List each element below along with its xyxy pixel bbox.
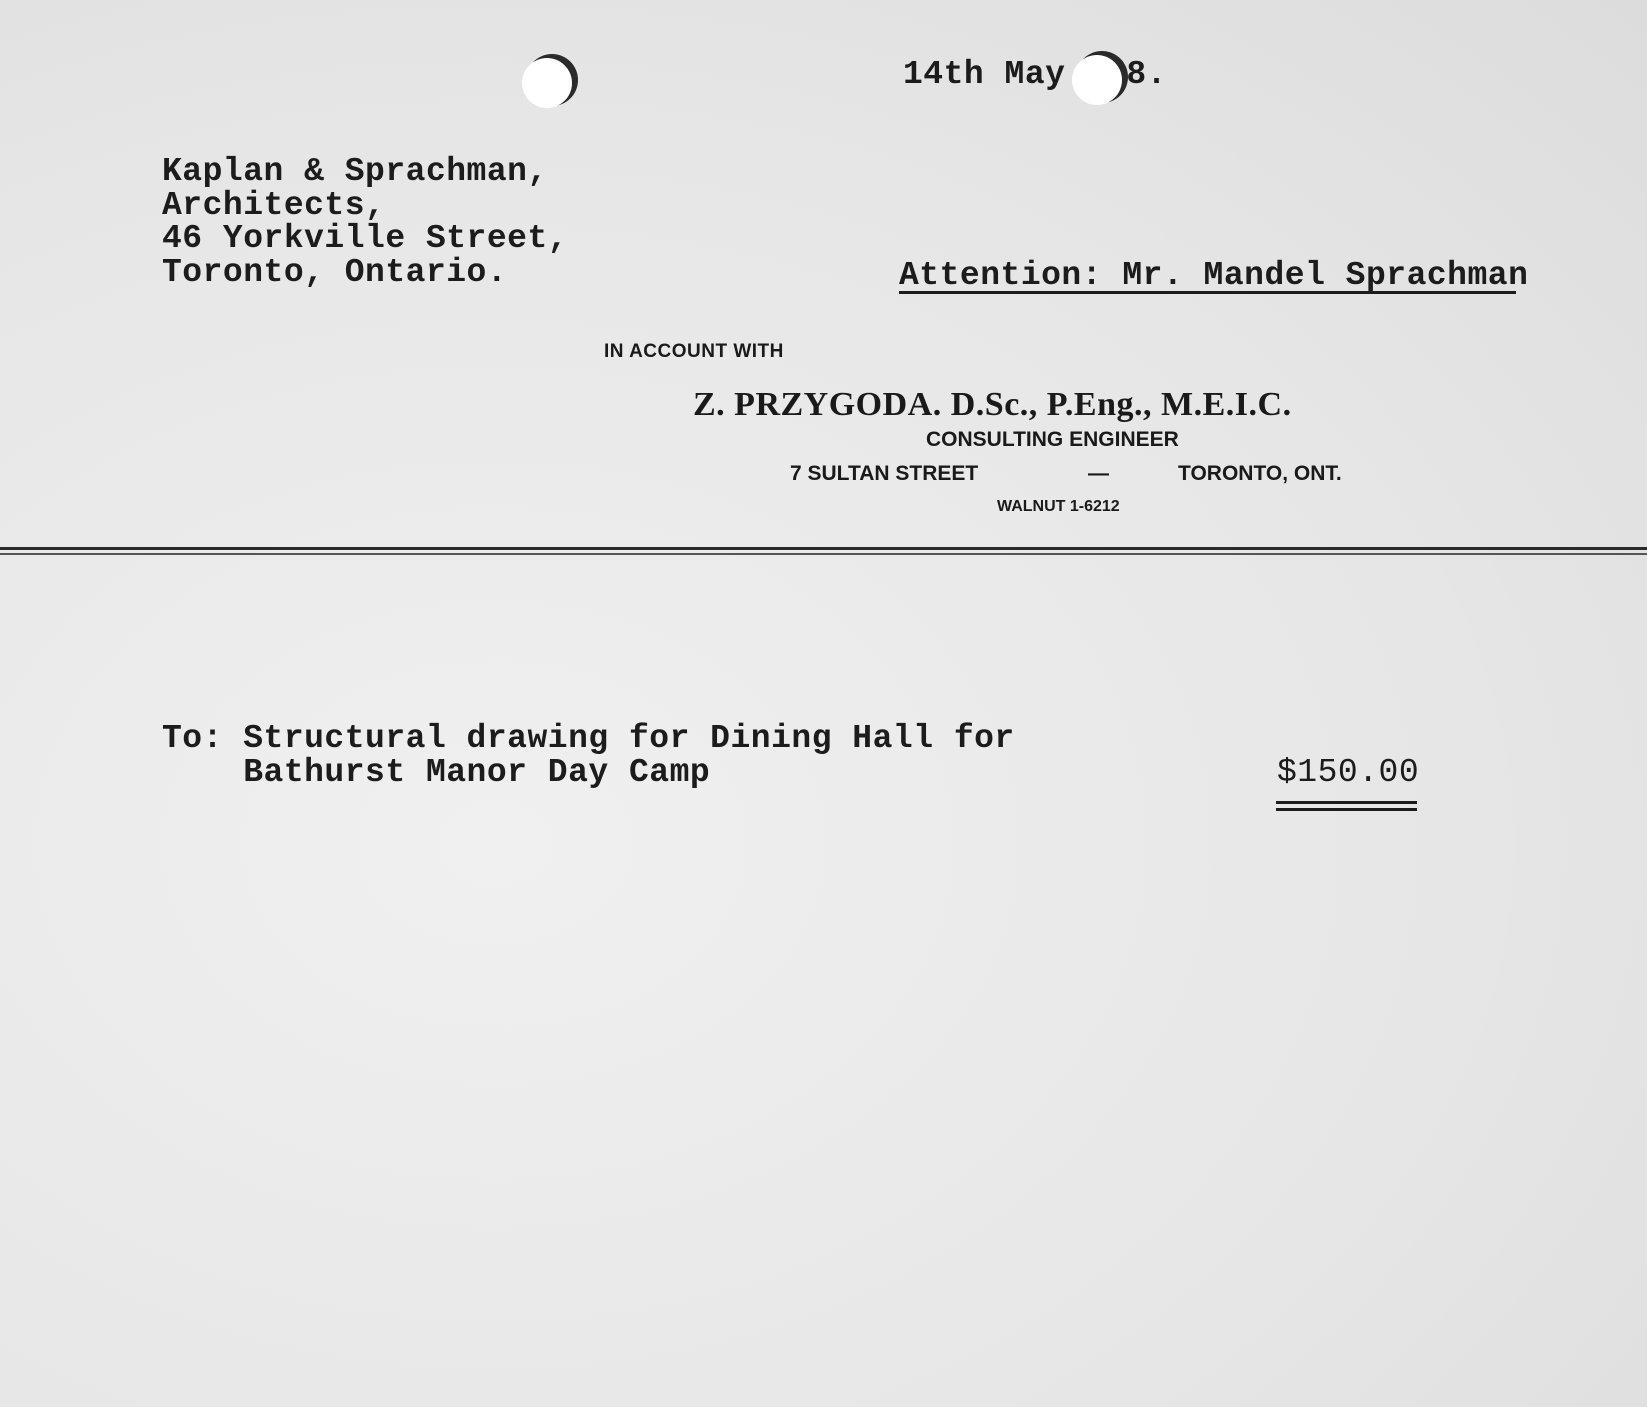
engineer-title: CONSULTING ENGINEER bbox=[926, 428, 1179, 452]
punch-hole bbox=[522, 58, 572, 108]
date: 14th May 58. bbox=[903, 58, 1167, 91]
item-description: To: Structural drawing for Dining Hall f… bbox=[162, 722, 1015, 755]
in-account-with: IN ACCOUNT WITH bbox=[604, 341, 784, 363]
divider-rule bbox=[0, 553, 1647, 555]
phone: WALNUT 1-6212 bbox=[997, 498, 1120, 516]
city: TORONTO, ONT. bbox=[1178, 462, 1342, 486]
item-description: Bathurst Manor Day Camp bbox=[162, 756, 710, 789]
item-amount: $150.00 bbox=[1277, 756, 1419, 789]
amount-double-underline bbox=[1276, 801, 1417, 804]
punch-hole bbox=[1072, 55, 1122, 105]
recipient-line: Kaplan & Sprachman, bbox=[162, 155, 548, 188]
invoice-page: 14th May 58. Kaplan & Sprachman, Archite… bbox=[0, 0, 1647, 1407]
recipient-line: Architects, bbox=[162, 189, 385, 222]
attention-line: Attention: Mr. Mandel Sprachman bbox=[899, 259, 1528, 292]
engineer-name: Z. PRZYGODA. D.Sc., P.Eng., M.E.I.C. bbox=[693, 386, 1292, 424]
divider-rule bbox=[0, 547, 1647, 550]
attention-underline bbox=[899, 291, 1516, 294]
amount-double-underline bbox=[1276, 808, 1417, 811]
street-address: 7 SULTAN STREET bbox=[790, 462, 978, 486]
address-dash: — bbox=[1088, 462, 1109, 486]
recipient-line: 46 Yorkville Street, bbox=[162, 222, 568, 255]
recipient-line: Toronto, Ontario. bbox=[162, 256, 507, 289]
